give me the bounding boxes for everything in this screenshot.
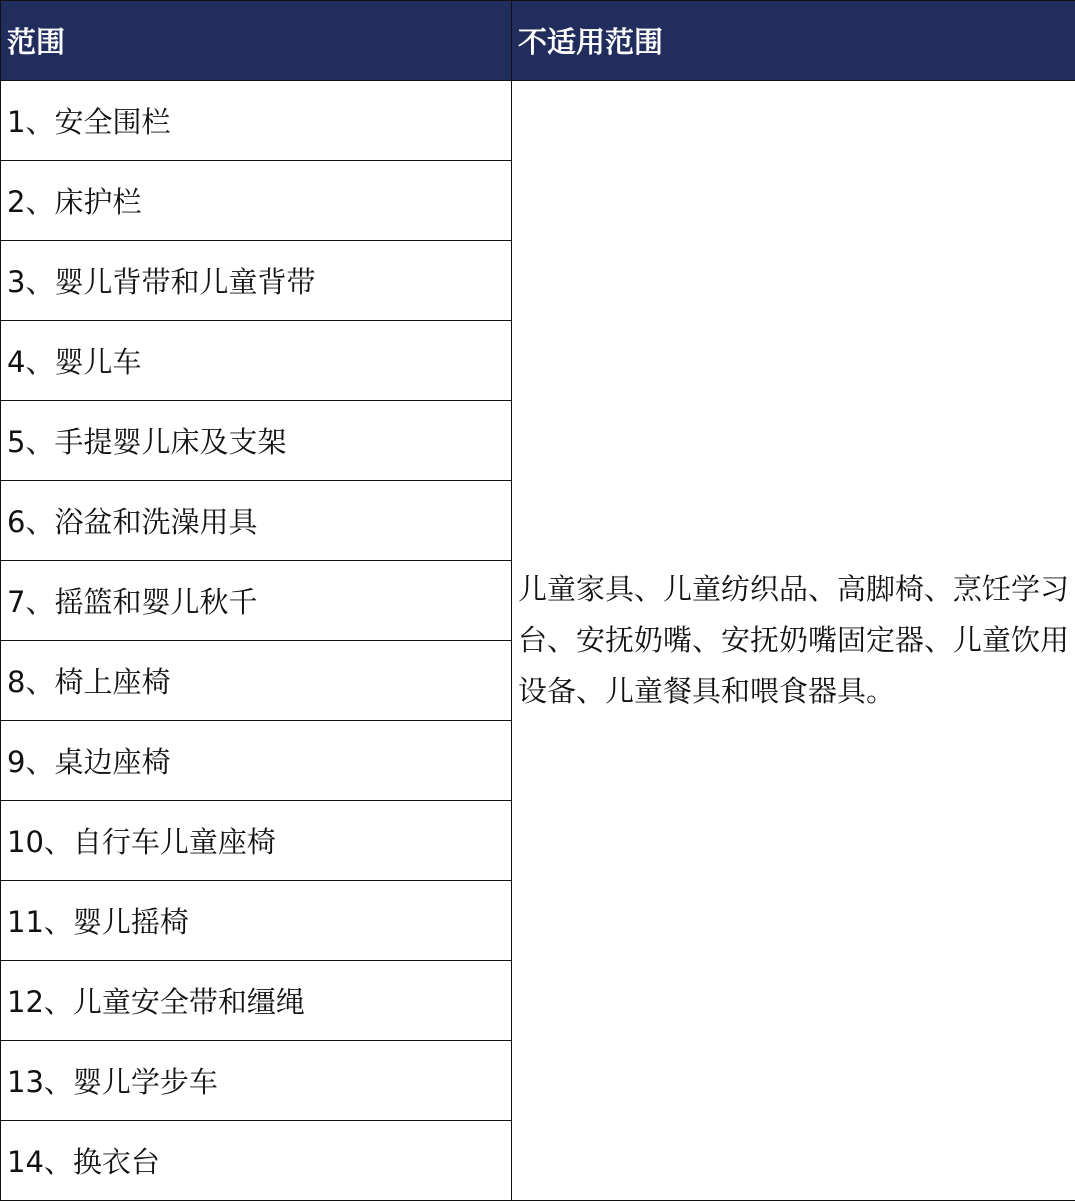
scope-item: 2、床护栏 — [1, 161, 512, 241]
table-row: 1、安全围栏 儿童家具、儿童纺织品、高脚椅、烹饪学习台、安抚奶嘴、安抚奶嘴固定器… — [1, 81, 1075, 161]
header-row: 范围 不适用范围 — [1, 1, 1075, 81]
header-scope: 范围 — [1, 1, 512, 81]
scope-item: 3、婴儿背带和儿童背带 — [1, 241, 512, 321]
scope-item: 11、婴儿摇椅 — [1, 881, 512, 961]
scope-item: 9、桌边座椅 — [1, 721, 512, 801]
scope-item: 7、摇篮和婴儿秋千 — [1, 561, 512, 641]
scope-table: 范围 不适用范围 1、安全围栏 儿童家具、儿童纺织品、高脚椅、烹饪学习台、安抚奶… — [0, 0, 1075, 1201]
scope-item: 13、婴儿学步车 — [1, 1041, 512, 1121]
scope-item: 5、手提婴儿床及支架 — [1, 401, 512, 481]
scope-item: 1、安全围栏 — [1, 81, 512, 161]
scope-item: 8、椅上座椅 — [1, 641, 512, 721]
header-not-applicable: 不适用范围 — [512, 1, 1075, 81]
scope-item: 14、换衣台 — [1, 1121, 512, 1201]
scope-item: 6、浴盆和洗澡用具 — [1, 481, 512, 561]
scope-item: 10、自行车儿童座椅 — [1, 801, 512, 881]
scope-item: 4、婴儿车 — [1, 321, 512, 401]
scope-item: 12、儿童安全带和缰绳 — [1, 961, 512, 1041]
not-applicable-cell: 儿童家具、儿童纺织品、高脚椅、烹饪学习台、安抚奶嘴、安抚奶嘴固定器、儿童饮用设备… — [512, 81, 1075, 1201]
